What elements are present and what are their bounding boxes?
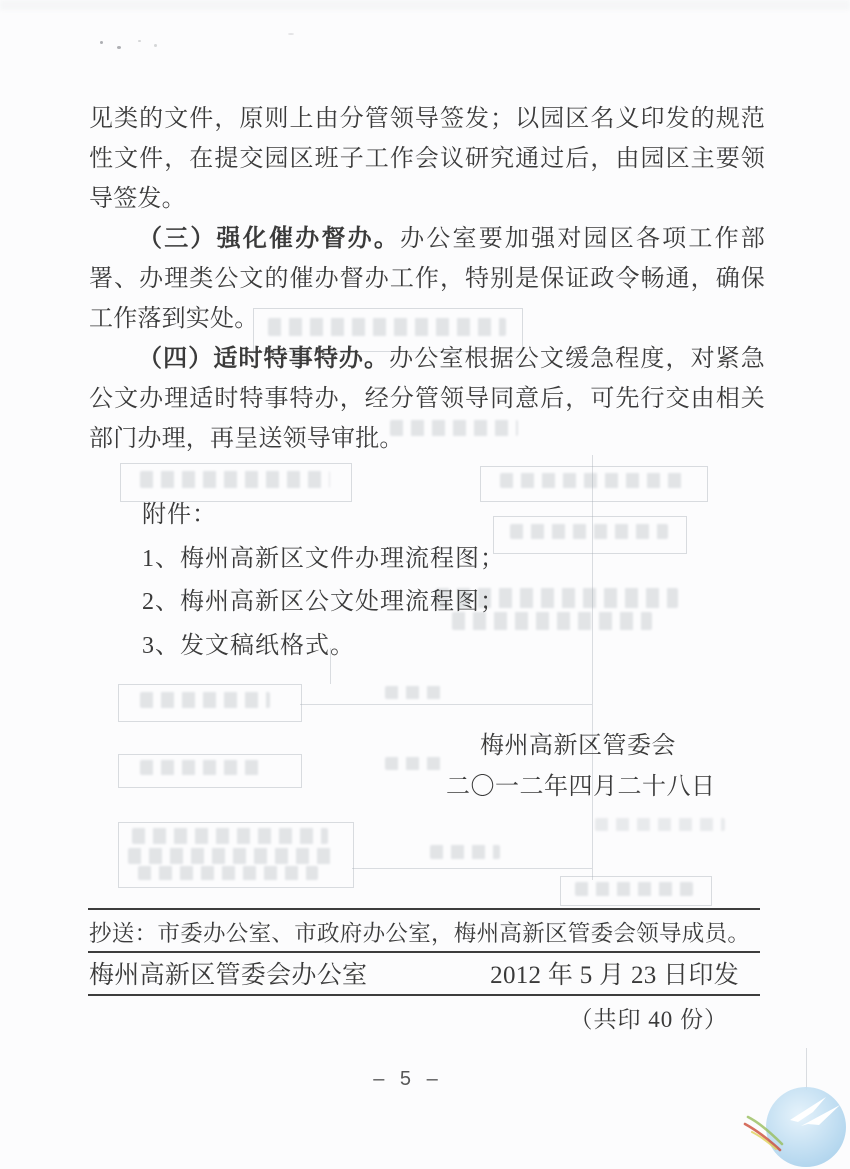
bleed-smear — [500, 473, 688, 488]
scan-speck — [100, 41, 103, 44]
attachments-label: 附件： — [142, 494, 505, 538]
bleed-through-box — [118, 754, 302, 788]
bleed-smear — [385, 757, 443, 770]
logo-sphere — [766, 1087, 846, 1167]
bleed-smear — [140, 692, 270, 708]
bleed-smear — [132, 828, 328, 844]
bleed-through-box — [480, 466, 708, 502]
bleed-line — [300, 704, 592, 705]
bleed-through-box — [493, 516, 687, 554]
attachment-item: 2、梅州高新区公文处理流程图； — [142, 581, 505, 625]
scan-speck — [154, 44, 157, 47]
divider-line — [88, 908, 760, 910]
document-page: 见类的文件，原则上由分管领导签发；以园区名义印发的规范性文件，在提交园区班子工作… — [0, 0, 850, 1169]
scan-speck — [288, 33, 294, 35]
paragraph-item-4-lead: （四）适时特事特办。 — [138, 346, 389, 372]
bleed-smear — [128, 848, 332, 864]
signature-date: 二〇一二年四月二十八日 — [446, 767, 710, 808]
bleed-smear — [430, 845, 500, 859]
attachments-section: 附件： 1、梅州高新区文件办理流程图； 2、梅州高新区公文处理流程图； 3、发文… — [142, 494, 505, 668]
scan-speck — [117, 46, 121, 49]
copies-note: （共印 40 份） — [570, 1005, 729, 1035]
paragraph-continuation: 见类的文件，原则上由分管领导签发；以园区名义印发的规范性文件，在提交园区班子工作… — [89, 99, 765, 219]
bleed-smear — [140, 760, 260, 775]
paragraph-item-3: （三）强化催办督办。办公室要加强对园区各项工作部署、办理类公文的催办督办工作，特… — [89, 219, 765, 339]
bleed-smear — [138, 866, 318, 880]
bleed-smear — [510, 524, 668, 539]
divider-line — [88, 994, 760, 996]
cc-line: 抄送：市委办公室、市政府办公室，梅州高新区管委会领导成员。 — [89, 919, 761, 949]
bleed-line — [352, 868, 592, 869]
bleed-through-box — [118, 684, 302, 722]
bleed-smear — [595, 818, 725, 831]
bleed-through-box — [118, 822, 354, 888]
bleed-smear — [140, 471, 330, 488]
document-body: 见类的文件，原则上由分管领导签发；以园区名义印发的规范性文件，在提交园区班子工作… — [89, 99, 765, 459]
signature-block: 梅州高新区管委会 二〇一二年四月二十八日 — [446, 726, 710, 808]
issuing-office: 梅州高新区管委会办公室 — [89, 960, 367, 992]
publisher-logo — [740, 1060, 850, 1169]
bleed-line — [592, 455, 593, 880]
attachment-item: 1、梅州高新区文件办理流程图； — [142, 538, 505, 582]
scan-noise — [0, 0, 850, 10]
bleed-smear — [575, 882, 693, 896]
bleed-through-box — [560, 876, 712, 906]
print-date: 2012 年 5 月 23 日印发 — [490, 960, 739, 992]
attachment-item: 3、发文稿纸格式。 — [142, 625, 505, 669]
page-number: – 5 – — [348, 1068, 468, 1091]
scan-speck — [138, 40, 141, 42]
paragraph-item-3-lead: （三）强化催办督办。 — [138, 226, 400, 252]
paragraph-item-4: （四）适时特事特办。办公室根据公文缓急程度，对紧急公文办理适时特事特办，经分管领… — [89, 339, 765, 459]
bleed-smear — [385, 686, 443, 699]
signature-org: 梅州高新区管委会 — [446, 726, 710, 767]
issue-line: 梅州高新区管委会办公室 2012 年 5 月 23 日印发 — [89, 960, 739, 992]
divider-line — [88, 951, 760, 953]
